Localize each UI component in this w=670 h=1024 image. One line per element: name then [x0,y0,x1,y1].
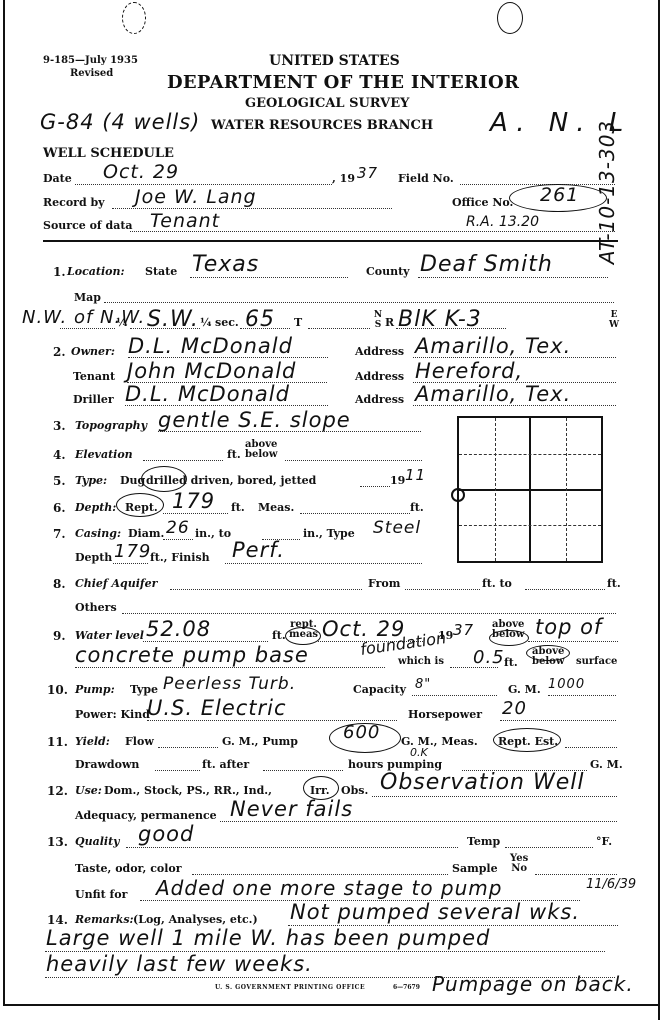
topography-label: Topography [75,419,147,432]
record-by-value[interactable]: Joe W. Lang [135,186,257,208]
capacity-line [412,695,497,696]
elevation-line[interactable] [143,460,223,461]
use-num: 12. [47,784,68,798]
depth-meas-line[interactable] [300,513,410,514]
tenant-address-value[interactable]: Hereford, [415,359,523,383]
owner-address-value[interactable]: Amarillo, Tex. [415,334,571,358]
pump-gm-label: G. M. [508,683,541,696]
location-label: Location: [67,265,125,278]
water-level-ref2-line [75,667,385,668]
well-location-mark [451,488,465,502]
ns-selector[interactable]: N S [373,310,383,330]
yield-gm-pump: G. M., Pump [222,735,298,748]
adequacy-line [220,821,617,822]
quarter-mark-2: ¼ [200,316,211,329]
type-year-line [360,486,390,487]
elevation-ref-line[interactable] [285,460,422,461]
casing-label: Casing: [75,527,121,540]
sec-label: sec. [215,316,239,329]
casing-diam-value[interactable]: 26 [166,518,190,538]
sec-line [240,328,290,329]
remarks-text-1[interactable]: Not pumped several wks. [290,900,580,924]
water-level-label: Water level [75,629,144,642]
casing-diam-line [163,539,193,540]
quality-line [126,847,458,848]
aquifer-num: 8. [53,577,66,591]
hours-line[interactable] [263,770,343,771]
handwritten-reference: G-84 (4 wells) [40,110,200,134]
county-line [418,277,608,278]
quality-num: 13. [47,835,68,849]
date-value[interactable]: Oct. 29 [103,161,179,183]
record-by-line [112,208,392,209]
punch-hole-right [497,2,523,34]
elevation-num: 4. [53,448,66,462]
unfit-date: 11/6/39 [586,877,636,892]
topography-num: 3. [53,419,66,433]
schedule-title: WELL SCHEDULE [43,146,174,161]
capacity-label: Capacity [353,683,406,696]
water-level-ft: ft. [272,629,286,642]
aquifer-line[interactable] [170,589,362,590]
water-level-value[interactable]: 52.08 [146,617,211,641]
yield-label: Yield: [75,735,110,748]
temp-line[interactable] [505,847,593,848]
water-level-ref-1[interactable]: top of [535,615,602,639]
water-level-ref-2[interactable]: concrete pump base [75,643,309,667]
date-line [75,184,332,185]
depth-rept-value[interactable]: 179 [172,489,215,513]
pump-label: Pump: [75,683,115,696]
casing-diam-label: Diam. [128,527,164,540]
type-option-rest[interactable]: , driven, bored, jetted [183,474,316,487]
others-label: Others [75,601,117,614]
power-value[interactable]: U.S. Electric [147,696,287,720]
height-ft: ft. [504,656,518,669]
aquifer-label: Chief Aquifer [75,577,157,590]
horsepower-label: Horsepower [408,708,482,721]
remarks-label: Remarks: [75,913,134,926]
casing-in-type: in., Type [303,527,355,540]
taste-line[interactable] [192,874,448,875]
drawdown-line[interactable] [155,770,200,771]
casing-num: 7. [53,527,66,541]
remarks-sublabel: (Log, Analyses, etc.) [133,913,258,926]
above-circle [526,645,570,661]
date-label: Date [43,172,72,185]
form-code: 6—7679 [393,984,420,991]
topography-value[interactable]: gentle S.E. slope [158,408,351,432]
office-no-value[interactable]: 261 [540,184,579,206]
agency-line-2: DEPARTMENT OF THE INTERIOR [167,72,519,93]
section-divider [43,240,618,242]
adequacy-value[interactable]: Never fails [230,797,353,821]
map-line[interactable] [104,302,614,303]
yield-extra-line [565,747,617,748]
flow-line[interactable] [158,747,218,748]
office-no-label: Office No. [452,196,513,209]
casing-in-to: in., to [195,527,231,540]
left-border [3,0,5,1005]
quality-label: Quality [75,835,120,848]
depth-num: 6. [53,501,66,515]
tenant-value[interactable]: John McDonald [127,359,296,383]
use-label: Use: [75,784,102,797]
capacity-value[interactable]: 8" [415,677,431,692]
depth-unit-2: ft. [410,501,424,514]
pump-type-value[interactable]: Peerless Turb. [163,674,296,694]
owner-num: 2. [53,345,66,359]
power-line [147,720,397,721]
aquifer-from-line[interactable] [405,589,480,590]
agency-line-1: UNITED STATES [269,53,400,69]
year-value[interactable]: 37 [357,164,378,182]
driller-value[interactable]: D.L. McDonald [125,382,290,406]
casing-ft-finish: ft., Finish [150,551,210,564]
t-line[interactable] [308,328,370,329]
use-options[interactable]: Dom., Stock, PS., RR., Ind., [104,784,272,797]
yield-num: 11. [47,735,68,749]
casing-depth-label: Depth [75,551,112,564]
yield-ok-note: 0.K [410,746,428,759]
ew-selector[interactable]: E W [609,310,619,330]
temp-label: Temp [467,835,500,848]
county-value[interactable]: Deaf Smith [420,252,553,277]
source-value[interactable]: Tenant [150,210,220,232]
casing-finish-value[interactable]: Perf. [232,538,285,562]
horsepower-value[interactable]: 20 [502,698,527,719]
remarks-text-2[interactable]: Large well 1 mile W. has been pumped [46,926,490,950]
quarter-1-line [60,328,115,329]
source-label: Source of data [43,219,133,232]
surface-label: surface [576,656,617,667]
agency-line-4: WATER RESOURCES BRANCH [211,118,433,133]
r-label: R [385,316,394,329]
year-prefix: , 19 [332,172,355,185]
form-revised: Revised [70,68,113,79]
pump-num: 10. [47,683,68,697]
casing-depth-line [113,563,148,564]
record-by-label: Record by [43,196,105,209]
driller-address-value[interactable]: Amarillo, Tex. [415,382,571,406]
pump-type-label: Type [130,683,158,696]
state-label: State [145,265,177,278]
use-value[interactable]: Observation Well [380,770,584,795]
type-year-prefix: 19 [390,474,405,487]
type-label: Type: [75,474,107,487]
aquifer-to-line[interactable] [525,589,605,590]
map-label: Map [74,291,101,304]
agency-line-3: GEOLOGICAL SURVEY [245,96,409,111]
which-is: which is [398,656,444,667]
depth-rept-line [163,513,228,514]
water-level-year[interactable]: 37 [453,621,474,639]
driller-address-label: Address [355,393,404,406]
depth-unit: ft. [231,501,245,514]
owner-label: Owner: [71,345,115,358]
r-line [396,328,506,329]
punch-hole-left [122,2,146,34]
drawdown-label: Drawdown [75,758,139,771]
water-level-ref-line [528,641,618,642]
use-obs[interactable]: Obs. [341,784,368,797]
taste-label: Taste, odor, color [75,862,182,875]
county-label: County [366,265,410,278]
aquifer-ft-to: ft. to [482,577,512,590]
ft-after: ft. after [202,758,249,771]
below-circle [489,630,529,646]
casing-depth-value[interactable]: 179 [114,541,151,562]
water-level-line [143,641,268,642]
quarter-2-line [130,328,200,329]
unfit-value[interactable]: Added one more stage to pump [156,876,502,900]
power-label: Power: Kind [75,708,150,721]
sample-yes-no[interactable]: YesNo [510,854,528,874]
temp-unit: °F. [596,835,612,848]
remarks-text-3[interactable]: heavily last few weeks. [46,952,313,976]
depth-meas-label: Meas. [258,501,294,514]
elevation-label: Elevation [75,448,133,461]
sample-label: Sample [452,862,498,875]
aquifer-ft: ft. [607,577,621,590]
unfit-label: Unfit for [75,888,127,901]
printing-office: U. S. GOVERNMENT PRINTING OFFICE [215,984,365,991]
quality-value[interactable]: good [138,822,194,846]
horsepower-line [500,720,616,721]
form-number: 9-185—July 1935 [43,55,138,66]
elevation-above-below[interactable]: abovebelow [245,440,277,460]
owner-value[interactable]: D.L. McDonald [128,334,293,358]
adequacy-label: Adequacy, permanence [75,809,217,822]
casing-type-value[interactable]: Steel [373,518,421,538]
aquifer-from: From [368,577,400,590]
pump-yield-value[interactable]: 600 [343,722,380,743]
type-year-value[interactable]: 11 [405,466,426,484]
elevation-unit: ft. [227,448,241,461]
pumpage-note: Pumpage on back. [432,972,634,996]
state-value[interactable]: Texas [192,252,259,277]
owner-address-label: Address [355,345,404,358]
tenant-address-label: Address [355,370,404,383]
location-num: 1. [53,265,66,279]
tenant-label: Tenant [73,370,115,383]
right-border [658,0,660,1020]
location-plat-grid[interactable] [457,416,603,563]
water-level-num: 9. [53,629,66,643]
quarter-mark-1: ¼ [116,316,127,329]
field-no-label: Field No. [398,172,454,185]
t-label: T [294,316,302,329]
remarks-num: 14. [47,913,68,927]
type-num: 5. [53,474,66,488]
height-value[interactable]: 0.5 [473,647,505,668]
state-line [190,277,348,278]
pump-gm-value[interactable]: 1000 [548,677,585,692]
bottom-border [3,1004,660,1006]
use-line [372,796,617,797]
drawdown-gm: G. M. [590,758,623,771]
pump-gm-line [548,695,616,696]
casing-finish-line [225,563,422,564]
depth-label: Depth: [75,501,116,514]
others-line[interactable] [122,613,616,614]
driller-label: Driller [73,393,114,406]
flow-label: Flow [125,735,154,748]
rept-est-circle [493,728,561,752]
sample-line[interactable] [535,874,617,875]
depth-rept-circle [116,493,164,517]
source-extra: R.A. 13.20 [466,214,539,230]
